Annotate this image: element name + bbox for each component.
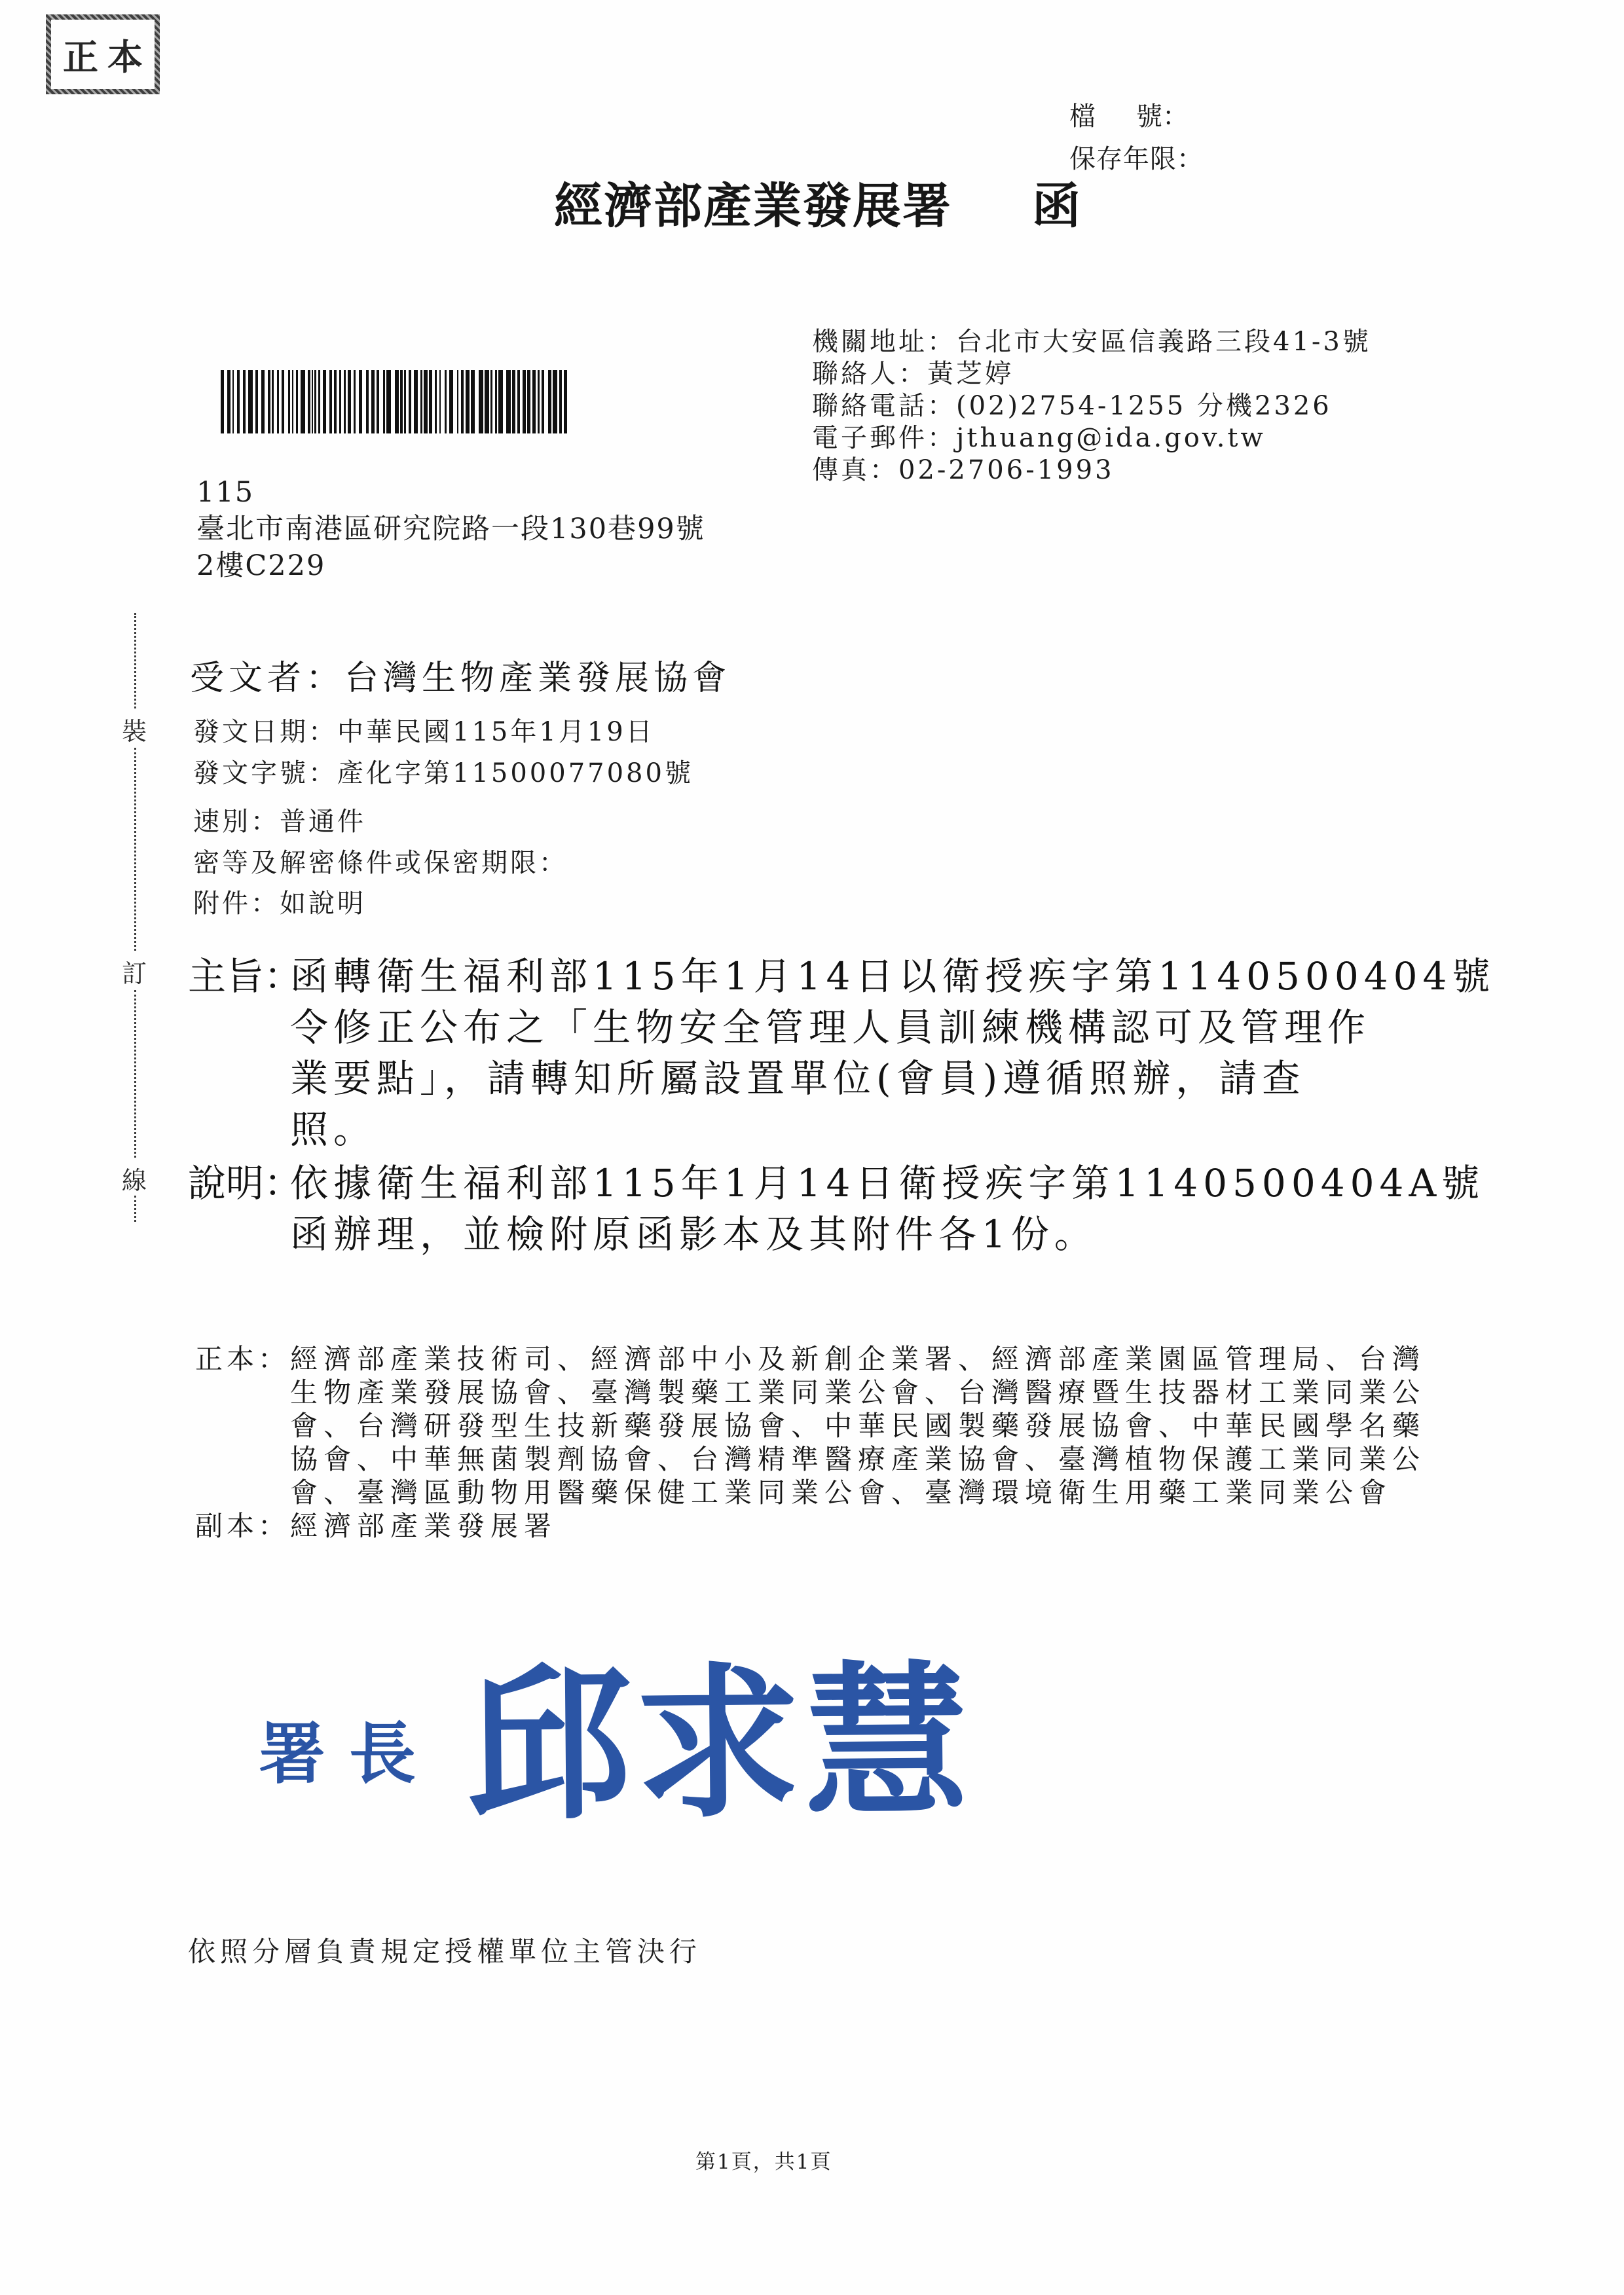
cc-label: 副本：: [195, 1509, 290, 1543]
contact-info-block: 機關地址：台北市大安區信義路三段41-3號 聯絡人：黃芝婷 聯絡電話：(02)2…: [812, 326, 1371, 487]
issuing-agency-name: 經濟部產業發展署: [554, 178, 952, 234]
binding-mark-xian: 線: [122, 1160, 147, 1196]
attachment-line: 附件：如說明: [193, 883, 366, 920]
original-recipients-line-5: 會、臺灣區動物用醫藥保健工業同業公會、臺灣環境衛生用藥工業同業公會: [195, 1476, 1452, 1509]
contact-person-line: 聯絡人：黃芝婷: [812, 358, 1371, 390]
original-recipients-line-3: 會、台灣研發型生技新藥發展協會、中華民國製藥發展協會、中華民國學名藥: [195, 1409, 1452, 1442]
signer-signature: 邱求慧: [465, 1610, 974, 1852]
subject-line-1: 主旨：函轉衛生福利部115年1月14日以衛授疾字第1140500404號: [188, 951, 1435, 1002]
subject-block: 主旨：函轉衛生福利部115年1月14日以衛授疾字第1140500404號 令修正…: [188, 951, 1435, 1155]
subject-line-3: 業要點」，請轉知所屬設置單位(會員)遵循照辦，請查: [188, 1053, 1435, 1104]
reference-number-line: 發文字號：產化字第11500077080號: [193, 752, 693, 790]
description-block: 說明：依據衛生福利部115年1月14日衛授疾字第1140500404A號 函辦理…: [188, 1158, 1435, 1260]
binding-line-segment: [134, 1196, 136, 1222]
binding-line-segment: [134, 990, 136, 1158]
contact-phone-line: 聯絡電話：(02)2754-1255 分機2326: [812, 390, 1371, 422]
document-type: 函: [1032, 178, 1082, 234]
page-number-footer: 第1頁，共1頁: [695, 2145, 832, 2175]
file-number-label-left: 檔: [1069, 96, 1096, 133]
binding-line-segment: [134, 613, 136, 708]
original-recipients-label: 正本：: [195, 1342, 290, 1376]
binding-mark-ding: 訂: [122, 953, 147, 989]
file-number-row: 檔 號：: [1069, 96, 1189, 133]
description-label: 說明：: [188, 1158, 290, 1209]
authorization-note: 依照分層負責規定授權單位主管決行: [188, 1930, 701, 1970]
contact-fax-line: 傳真：02-2706-1993: [812, 454, 1371, 487]
issue-date-line: 發文日期：中華民國115年1月19日: [193, 711, 655, 748]
binding-line-segment: [134, 748, 136, 951]
distribution-block: 正本：經濟部產業技術司、經濟部中小及新創企業署、經濟部產業園區管理局、台灣 生物…: [195, 1342, 1452, 1543]
original-recipients-line-1: 正本：經濟部產業技術司、經濟部中小及新創企業署、經濟部產業園區管理局、台灣: [195, 1342, 1452, 1376]
original-recipients-line-4: 協會、中華無菌製劑協會、台灣精準醫療產業協會、臺灣植物保護工業同業公: [195, 1442, 1452, 1476]
binding-mark-zhuang: 裝: [122, 711, 147, 747]
recipient-street-address: 臺北市南港區研究院路一段130巷99號: [196, 511, 705, 547]
subject-line-2: 令修正公布之「生物安全管理人員訓練機構認可及管理作: [188, 1002, 1435, 1053]
document-title: 經濟部產業發展署函: [554, 168, 1082, 237]
signer-title: 署長: [259, 1701, 439, 1797]
official-letter-page: 正本 檔 號： 保存年限： 經濟部產業發展署函 機關地址：台北市大安區信義路三段…: [0, 0, 1624, 2295]
recipient-floor-room: 2樓C229: [196, 547, 705, 584]
retention-period-label: 保存年限：: [1069, 138, 1204, 175]
subject-line-4: 照。: [188, 1104, 1435, 1155]
original-recipients-line-2: 生物產業發展協會、臺灣製藥工業同業公會、台灣醫療暨生技器材工業同業公: [195, 1376, 1452, 1409]
classification-line: 密等及解密條件或保密期限：: [193, 842, 568, 879]
recipient-line: 受文者：台灣生物產業發展協會: [190, 650, 731, 699]
description-line-2: 函辦理，並檢附原函影本及其附件各1份。: [188, 1209, 1435, 1260]
barcode: [221, 370, 568, 433]
description-line-1: 說明：依據衛生福利部115年1月14日衛授疾字第1140500404A號: [188, 1158, 1435, 1209]
contact-address-line: 機關地址：台北市大安區信義路三段41-3號: [812, 326, 1371, 358]
original-copy-stamp-label: 正本: [54, 29, 152, 80]
original-copy-stamp: 正本: [46, 14, 160, 94]
cc-recipients-line: 副本：經濟部產業發展署: [195, 1509, 1452, 1543]
subject-label: 主旨：: [188, 951, 290, 1002]
contact-email-line: 電子郵件：jthuang@ida.gov.tw: [812, 422, 1371, 454]
priority-line: 速別：普通件: [193, 801, 366, 838]
postal-code: 115: [196, 474, 705, 511]
file-number-label-right: 號：: [1136, 96, 1189, 133]
recipient-postal-block: 115 臺北市南港區研究院路一段130巷99號 2樓C229: [196, 474, 705, 584]
